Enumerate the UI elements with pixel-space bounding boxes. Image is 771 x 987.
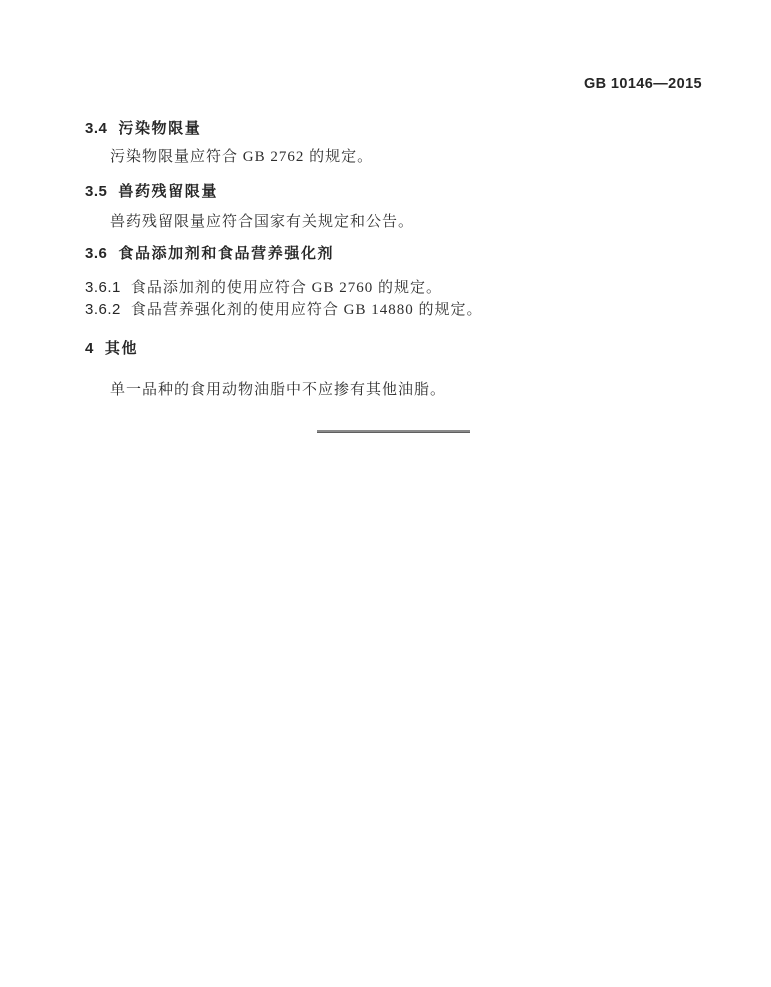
section-title: 污染物限量 (118, 120, 201, 137)
clause-number: 3.6.2 (85, 301, 121, 318)
section-3-4-heading: 3.4污染物限量 (85, 120, 201, 137)
end-of-document-rule (317, 430, 470, 433)
section-3-6-heading: 3.6食品添加剂和食品营养强化剂 (85, 245, 334, 262)
clause-3-6-2: 3.6.2食品营养强化剂的使用应符合 GB 14880 的规定。 (85, 301, 482, 319)
document-page: GB 10146—2015 3.4污染物限量 污染物限量应符合 GB 2762 … (0, 0, 771, 987)
section-number: 3.6 (85, 245, 107, 262)
section-4-heading: 4其他 (85, 340, 138, 357)
clause-number: 3.6.1 (85, 279, 121, 296)
section-4-paragraph: 单一品种的食用动物油脂中不应掺有其他油脂。 (110, 382, 446, 399)
section-number: 3.5 (85, 183, 107, 200)
section-3-5-heading: 3.5兽药残留限量 (85, 183, 218, 200)
standard-number-header: GB 10146—2015 (584, 77, 702, 93)
clause-text: 食品添加剂的使用应符合 GB 2760 的规定。 (131, 280, 442, 296)
section-number: 3.4 (85, 120, 107, 137)
section-3-4-paragraph: 污染物限量应符合 GB 2762 的规定。 (110, 149, 373, 166)
clause-text: 食品营养强化剂的使用应符合 GB 14880 的规定。 (131, 302, 483, 318)
section-number: 4 (85, 340, 94, 357)
clause-3-6-1: 3.6.1食品添加剂的使用应符合 GB 2760 的规定。 (85, 279, 442, 297)
section-3-5-paragraph: 兽药残留限量应符合国家有关规定和公告。 (110, 214, 414, 231)
section-title: 食品添加剂和食品营养强化剂 (118, 245, 334, 262)
section-title: 其他 (105, 340, 138, 357)
section-title: 兽药残留限量 (118, 183, 218, 200)
